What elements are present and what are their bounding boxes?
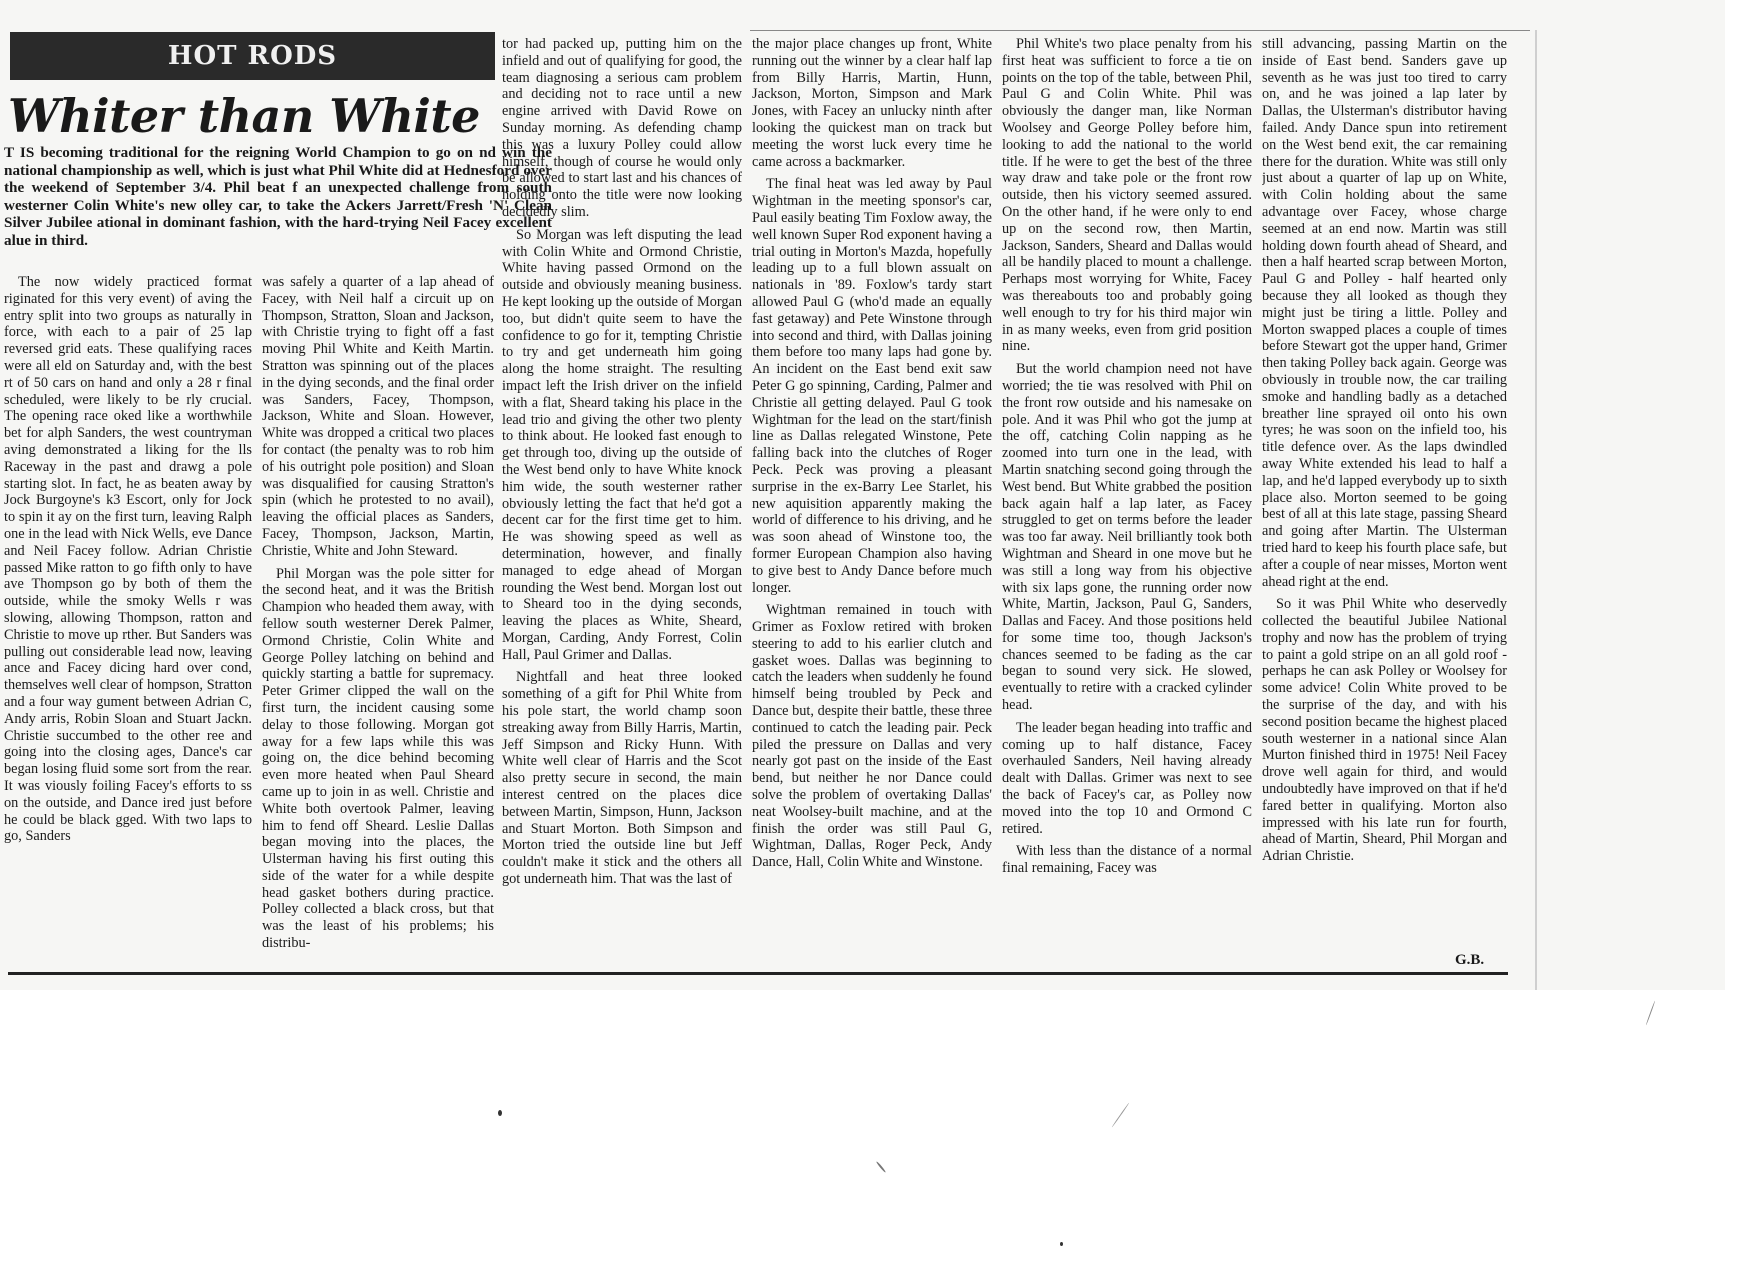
scan-speck — [1646, 1001, 1656, 1026]
paragraph: Wightman remained in touch with Grimer a… — [752, 602, 992, 871]
paragraph: But the world champion need not have wor… — [1002, 361, 1252, 714]
article-headline: Whiter than White — [8, 88, 498, 144]
paragraph: With less than the distance of a normal … — [1002, 843, 1252, 877]
scan-speck — [1111, 1102, 1129, 1127]
article-standfirst: T IS becoming traditional for the reigni… — [4, 144, 552, 250]
section-label: HOT RODS — [168, 41, 337, 71]
article-column-5: Phil White's two place penalty from his … — [1002, 36, 1252, 976]
paragraph: still advancing, passing Martin on the i… — [1262, 36, 1507, 590]
paragraph: was safely a quarter of a lap ahead of F… — [262, 274, 494, 560]
author-byline: G.B. — [1455, 952, 1484, 969]
paragraph: Phil Morgan was the pole sitter for the … — [262, 566, 494, 952]
page-edge — [1535, 30, 1537, 990]
scan-speck — [498, 1110, 502, 1116]
paragraph: The now widely practiced format riginate… — [4, 274, 252, 845]
article-column-6: still advancing, passing Martin on the i… — [1262, 36, 1507, 936]
article-column-2: was safely a quarter of a lap ahead of F… — [262, 274, 494, 974]
paragraph: the major place changes up front, White … — [752, 36, 992, 170]
article-column-4: the major place changes up front, White … — [752, 36, 992, 976]
top-rule — [750, 30, 1530, 31]
paragraph: tor had packed up, putting him on the in… — [502, 36, 742, 221]
article-column-3: tor had packed up, putting him on the in… — [502, 36, 742, 976]
paragraph: The leader began heading into traffic an… — [1002, 720, 1252, 838]
bottom-rule — [8, 972, 1508, 975]
paragraph: So it was Phil White who deservedly coll… — [1262, 596, 1507, 865]
paragraph: So Morgan was left disputing the lead wi… — [502, 227, 742, 664]
section-banner: HOT RODS — [10, 32, 495, 80]
scan-speck — [1060, 1242, 1063, 1246]
paragraph: Nightfall and heat three looked somethin… — [502, 669, 742, 887]
article-column-1: The now widely practiced format riginate… — [4, 274, 252, 974]
newspaper-clipping: HOT RODS Whiter than White T IS becoming… — [0, 0, 1725, 990]
scan-speck — [876, 1161, 887, 1173]
paragraph: The final heat was led away by Paul Wigh… — [752, 176, 992, 596]
paragraph: Phil White's two place penalty from his … — [1002, 36, 1252, 355]
